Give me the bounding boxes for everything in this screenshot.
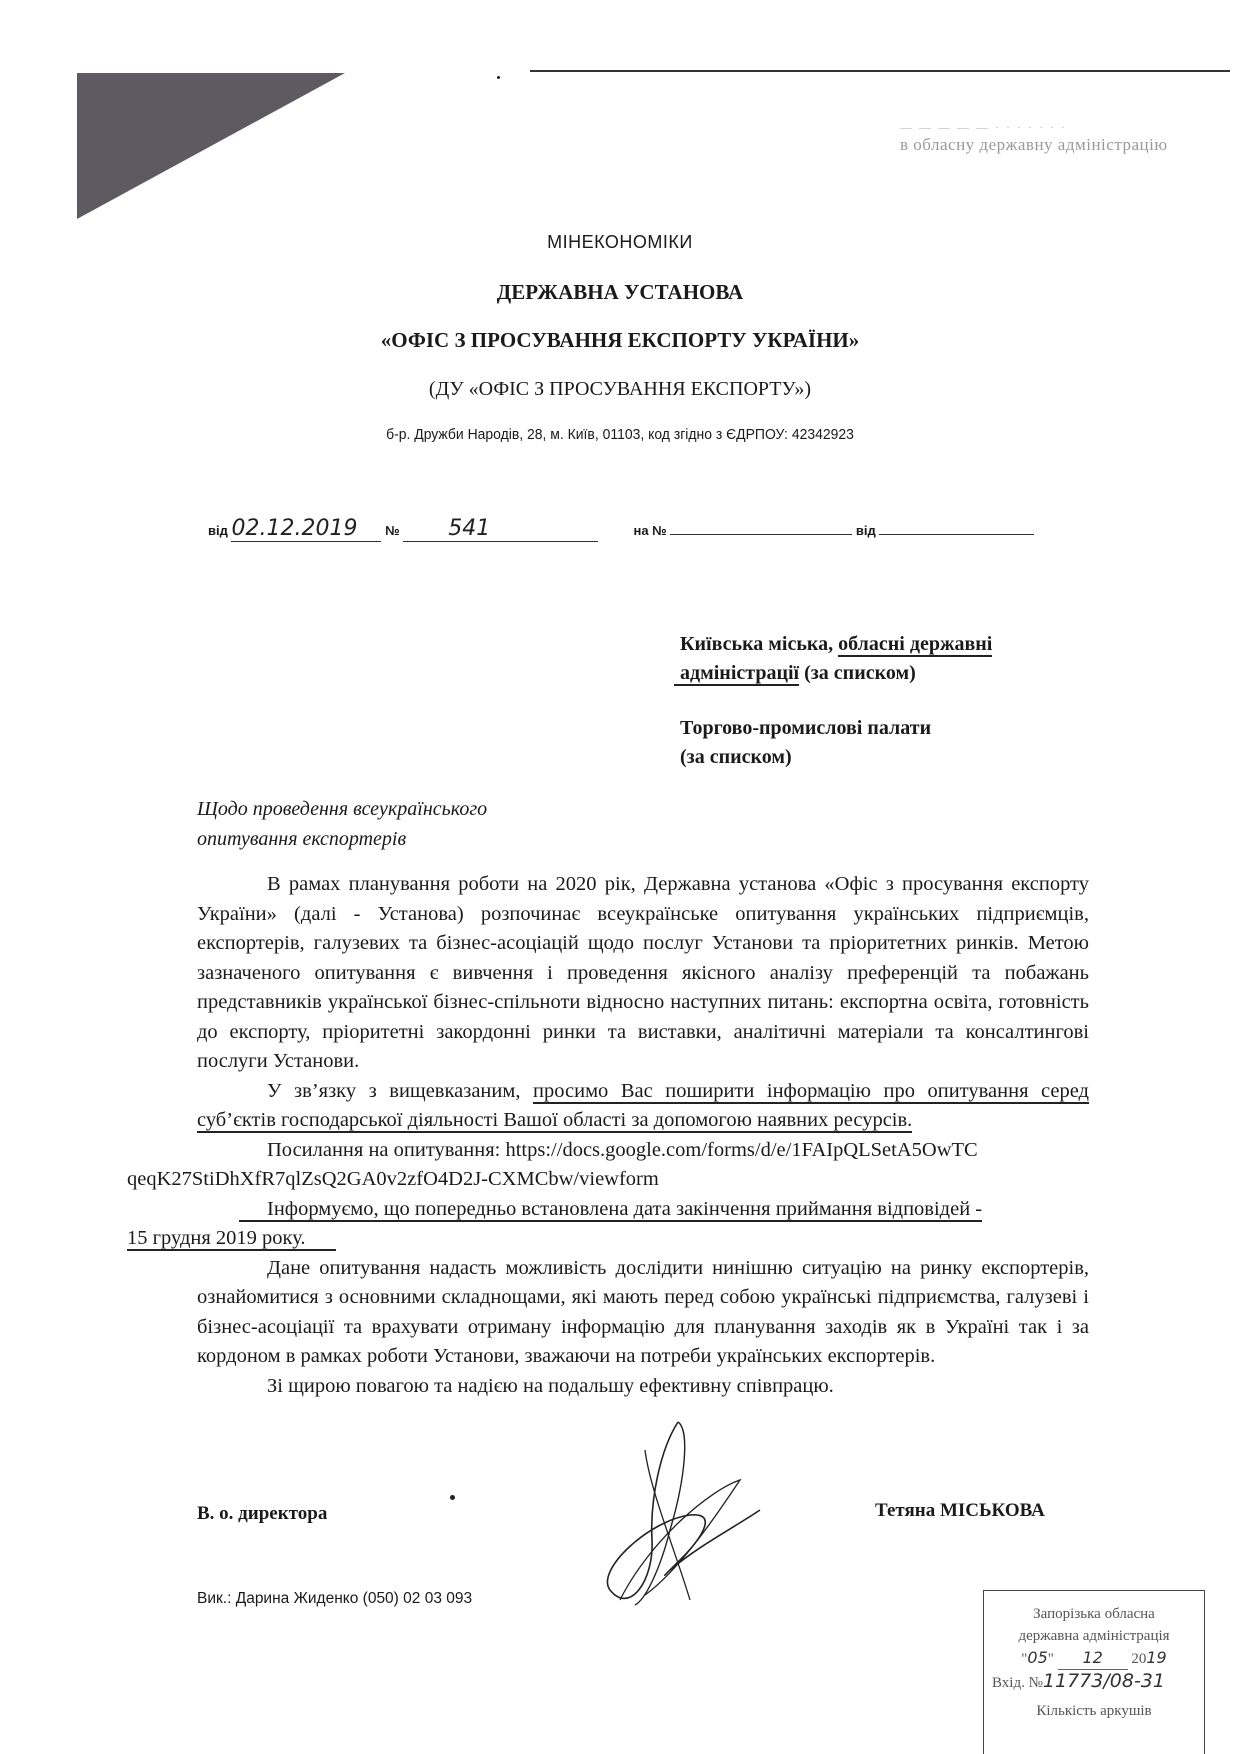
addressee-1-underlined-2: адміністрації	[674, 662, 799, 686]
faint-stamp-dashes: — — — — — · · · · · · ·	[900, 120, 1240, 135]
outgoing-date: 02.12.2019	[231, 516, 381, 542]
link-label: Посилання на опитування:	[267, 1139, 500, 1161]
survey-link-part2[interactable]: qeqK27StiDhXfR7qlZsQ2GA0v2zfO4D2J-CXMCbw…	[127, 1168, 659, 1190]
org-title-line2: «ОФІС З ПРОСУВАННЯ ЕКСПОРТУ УКРАЇНИ»	[0, 328, 1240, 353]
outgoing-number: 541	[403, 516, 598, 542]
ink-dot	[450, 1495, 455, 1500]
speck	[497, 76, 500, 79]
deadline-date: 15 грудня 2019 року.	[127, 1227, 336, 1251]
subject-line1: Щодо проведення всеукраїнського	[197, 794, 487, 824]
stamp-year: 19	[1146, 1648, 1166, 1667]
addressee-1-list-note: (за списком)	[804, 662, 916, 684]
scan-corner-artifact	[77, 73, 345, 219]
faint-stamp-text: в обласну державну адміністрацію	[900, 135, 1240, 155]
request-lead: У зв’язку з вищевказаним,	[267, 1080, 520, 1102]
addressee-2-text: Торгово-промислові палати	[680, 714, 931, 743]
signatory-name: Тетяна МІСЬКОВА	[875, 1500, 1045, 1522]
faint-stamp: — — — — — · · · · · · · в обласну держав…	[900, 120, 1240, 155]
handwritten-signature	[590, 1420, 780, 1610]
reply-from-label: від	[856, 523, 876, 538]
stamp-incoming-number-row: Вхід. №11773/08-31	[984, 1670, 1204, 1694]
letter-body: В рамах планування роботи на 2020 рік, Д…	[197, 870, 1089, 1401]
deadline-text: Інформуємо, що попередньо встановлена да…	[239, 1198, 982, 1222]
stamp-day: 05	[1027, 1648, 1047, 1667]
signatory-title: В. о. директора	[197, 1503, 327, 1525]
registration-line: від 02.12.2019 № 541 на № від	[208, 516, 1034, 542]
letter-subject: Щодо проведення всеукраїнського опитуван…	[197, 794, 487, 854]
reply-number-field	[670, 516, 852, 535]
stamp-in-label: Вхід. №	[992, 1675, 1043, 1691]
org-title-line1: ДЕРЖАВНА УСТАНОВА	[0, 280, 1240, 305]
stamp-month: 12	[1058, 1647, 1128, 1670]
subject-line2: опитування експортерів	[197, 824, 487, 854]
from-label: від	[208, 523, 228, 538]
stamp-year-prefix: 20	[1131, 1651, 1146, 1667]
number-label: №	[385, 523, 400, 538]
stamp-in-number: 11773/08-31	[1043, 1670, 1165, 1692]
paragraph-link: Посилання на опитування: https://docs.go…	[197, 1136, 1089, 1195]
paragraph-intro: В рамах планування роботи на 2020 рік, Д…	[197, 870, 1089, 1077]
survey-link-part1[interactable]: https://docs.google.com/forms/d/e/1FAIpQ…	[505, 1139, 977, 1161]
stamp-sheets-label: Кількість аркушів	[984, 1700, 1204, 1722]
addressee-1-underlined: обласні державні	[838, 633, 992, 657]
incoming-registration-stamp: Запорізька обласна державна адміністраці…	[983, 1590, 1205, 1754]
org-short-name: (ДУ «ОФІС З ПРОСУВАННЯ ЕКСПОРТУ»)	[0, 378, 1240, 401]
addressee-2-list-note: (за списком)	[680, 743, 931, 772]
org-address: б-р. Дружби Народів, 28, м. Київ, 01103,…	[43, 426, 1196, 443]
addressee-administrations: Київська міська, обласні державні адміні…	[680, 630, 992, 688]
addressee-chambers: Торгово-промислові палати (за списком)	[680, 714, 931, 772]
addressee-1-text: Київська міська,	[680, 633, 833, 655]
stamp-org-line2: державна адміністрація	[984, 1625, 1204, 1647]
reply-number-label: на №	[633, 523, 666, 538]
stamp-org-line1: Запорізька обласна	[984, 1603, 1204, 1625]
paragraph-deadline: Інформуємо, що попередньо встановлена да…	[197, 1195, 1089, 1254]
ministry-name: МІНЕКОНОМІКИ	[0, 232, 1240, 253]
executor-contact: Вик.: Дарина Жиденко (050) 02 03 093	[197, 1590, 472, 1608]
paragraph-purpose: Дане опитування надасть можливість дослі…	[197, 1254, 1089, 1372]
header-rule	[530, 70, 1230, 72]
paragraph-request: У зв’язку з вищевказаним, просимо Вас по…	[197, 1077, 1089, 1136]
stamp-date-row: "05" 12 2019	[984, 1647, 1204, 1670]
reply-date-field	[879, 516, 1034, 535]
paragraph-closing: Зі щирою повагою та надією на подальшу е…	[197, 1372, 1089, 1402]
